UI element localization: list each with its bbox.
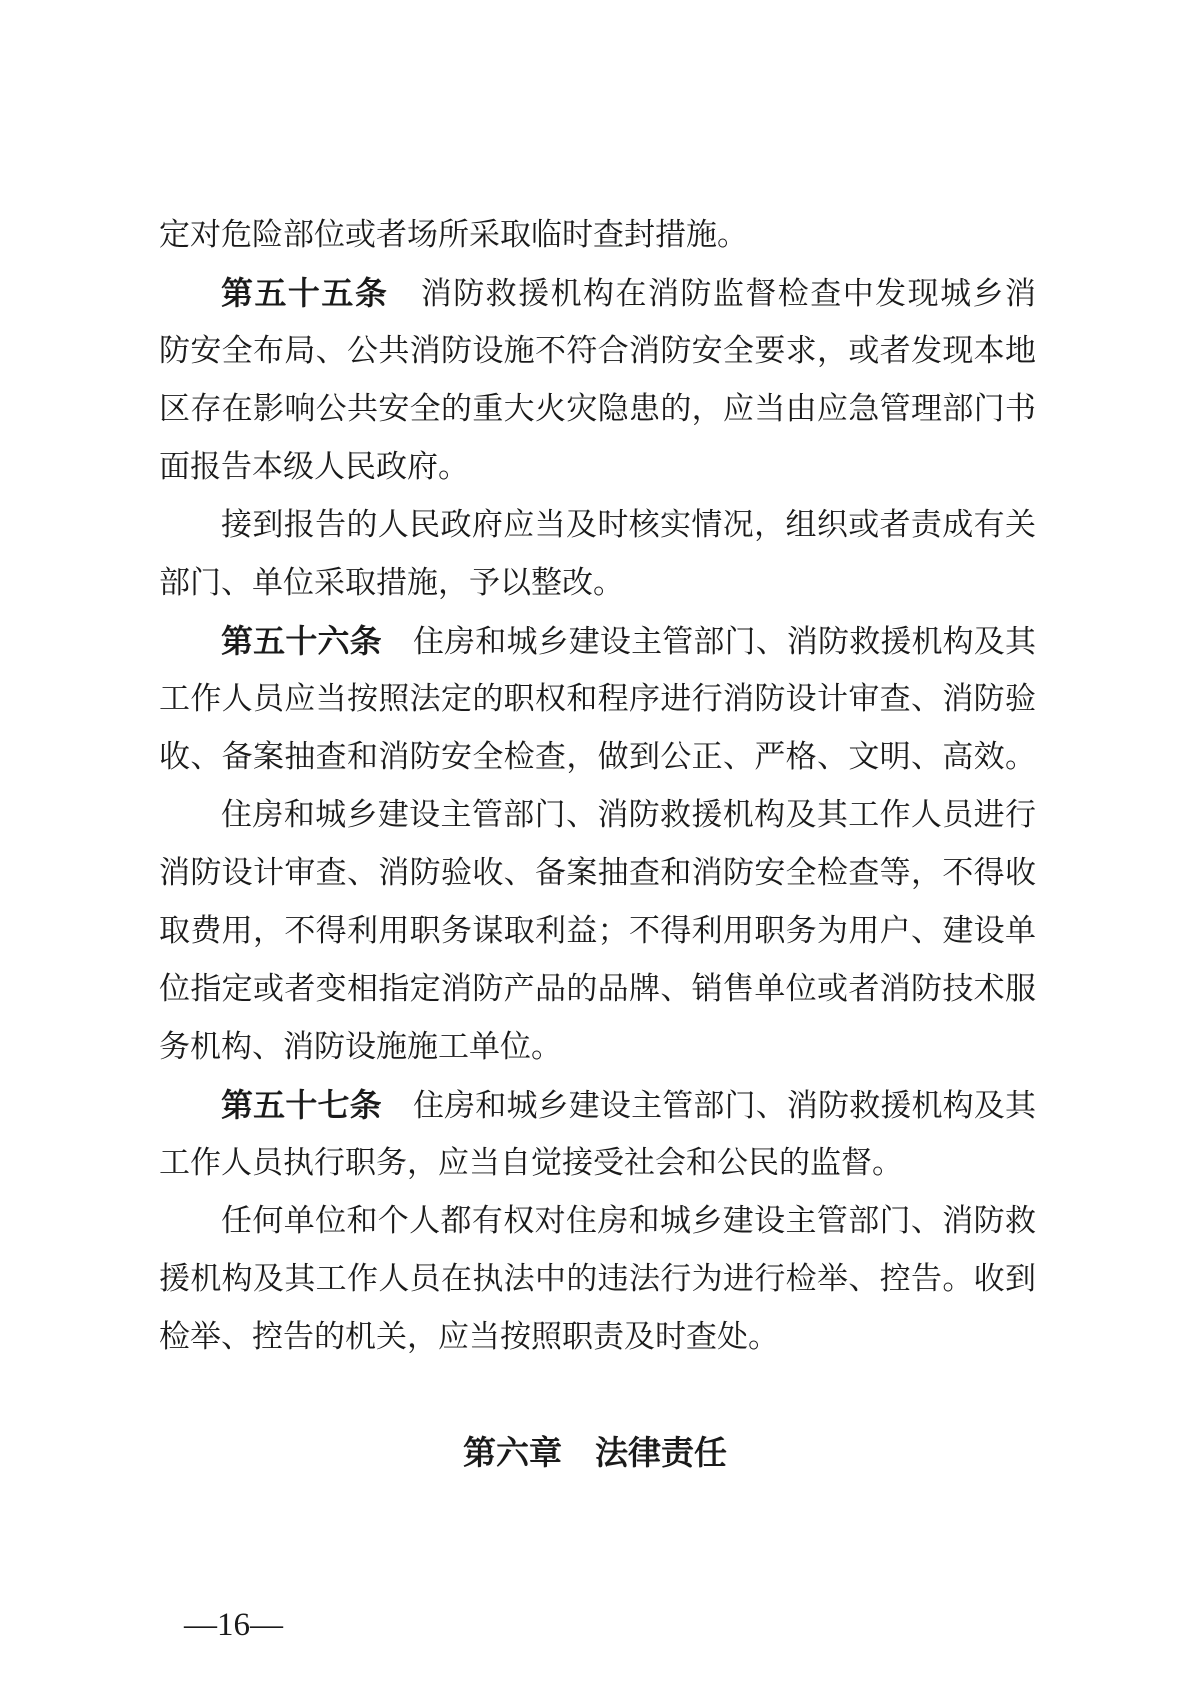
text-line: 第五十七条 住房和城乡建设主管部门、消防救援机构及其 — [159, 1076, 1036, 1134]
text-segment: 任何单位和个人都有权对住房和城乡建设主管部门、消防救 — [221, 1203, 1036, 1238]
text-line: 位指定或者变相指定消防产品的品牌、销售单位或者消防技术服 — [159, 960, 1036, 1018]
document-page: 定对危险部位或者场所采取临时查封措施。第五十五条 消防救援机构在消防监督检查中发… — [0, 0, 1190, 1683]
text-line: 防安全布局、公共消防设施不符合消防安全要求，或者发现本地 — [159, 322, 1036, 380]
text-line: 援机构及其工作人员在执法中的违法行为进行检举、控告。收到 — [159, 1250, 1036, 1308]
text-segment: 消防设计审查、消防验收、备案抽查和消防安全检查等，不得收 — [159, 855, 1036, 890]
text-segment: 务机构、消防设施施工单位。 — [159, 1029, 562, 1064]
text-line: 任何单位和个人都有权对住房和城乡建设主管部门、消防救 — [159, 1192, 1036, 1250]
text-segment: 工作人员执行职务，应当自觉接受社会和公民的监督。 — [159, 1145, 903, 1180]
text-line: 收、备案抽查和消防安全检查，做到公正、严格、文明、高效。 — [159, 728, 1036, 786]
text-segment: 住房和城乡建设主管部门、消防救援机构及其 — [382, 1088, 1036, 1123]
text-line: 检举、控告的机关，应当按照职责及时查处。 — [159, 1308, 1036, 1366]
text-segment: 定对危险部位或者场所采取临时查封措施。 — [159, 217, 748, 252]
text-segment: 检举、控告的机关，应当按照职责及时查处。 — [159, 1319, 779, 1354]
article-number: 第五十五条 — [221, 275, 388, 311]
text-segment: 接到报告的人民政府应当及时核实情况，组织或者责成有关 — [221, 507, 1036, 542]
text-line: 区存在影响公共安全的重大火灾隐患的，应当由应急管理部门书 — [159, 380, 1036, 438]
text-line: 工作人员应当按照法定的职权和程序进行消防设计审查、消防验 — [159, 670, 1036, 728]
document-body: 定对危险部位或者场所采取临时查封措施。第五十五条 消防救援机构在消防监督检查中发… — [159, 206, 1036, 1366]
text-segment: 援机构及其工作人员在执法中的违法行为进行检举、控告。收到 — [159, 1261, 1036, 1296]
text-segment: 面报告本级人民政府。 — [159, 449, 469, 484]
text-segment: 住房和城乡建设主管部门、消防救援机构及其 — [382, 624, 1036, 659]
text-segment: 住房和城乡建设主管部门、消防救援机构及其工作人员进行 — [221, 797, 1036, 832]
text-segment: 部门、单位采取措施，予以整改。 — [159, 565, 624, 600]
text-line: 部门、单位采取措施，予以整改。 — [159, 554, 1036, 612]
page-number: —16— — [184, 1604, 283, 1646]
text-line: 面报告本级人民政府。 — [159, 438, 1036, 496]
text-segment: 消防救援机构在消防监督检查中发现城乡消 — [388, 276, 1036, 311]
text-line: 消防设计审查、消防验收、备案抽查和消防安全检查等，不得收 — [159, 844, 1036, 902]
chapter-heading: 第六章 法律责任 — [0, 1424, 1190, 1482]
text-line: 第五十六条 住房和城乡建设主管部门、消防救援机构及其 — [159, 612, 1036, 670]
text-line: 工作人员执行职务，应当自觉接受社会和公民的监督。 — [159, 1134, 1036, 1192]
text-line: 务机构、消防设施施工单位。 — [159, 1018, 1036, 1076]
text-segment: 防安全布局、公共消防设施不符合消防安全要求，或者发现本地 — [159, 333, 1036, 368]
text-line: 住房和城乡建设主管部门、消防救援机构及其工作人员进行 — [159, 786, 1036, 844]
text-line: 接到报告的人民政府应当及时核实情况，组织或者责成有关 — [159, 496, 1036, 554]
article-number: 第五十六条 — [221, 623, 382, 659]
text-segment: 取费用，不得利用职务谋取利益；不得利用职务为用户、建设单 — [159, 913, 1036, 948]
text-segment: 收、备案抽查和消防安全检查，做到公正、严格、文明、高效。 — [159, 739, 1036, 774]
text-segment: 位指定或者变相指定消防产品的品牌、销售单位或者消防技术服 — [159, 971, 1036, 1006]
text-segment: 工作人员应当按照法定的职权和程序进行消防设计审查、消防验 — [159, 681, 1036, 716]
text-line: 定对危险部位或者场所采取临时查封措施。 — [159, 206, 1036, 264]
text-segment: 区存在影响公共安全的重大火灾隐患的，应当由应急管理部门书 — [159, 391, 1036, 426]
article-number: 第五十七条 — [221, 1087, 382, 1123]
text-line: 第五十五条 消防救援机构在消防监督检查中发现城乡消 — [159, 264, 1036, 322]
text-line: 取费用，不得利用职务谋取利益；不得利用职务为用户、建设单 — [159, 902, 1036, 960]
